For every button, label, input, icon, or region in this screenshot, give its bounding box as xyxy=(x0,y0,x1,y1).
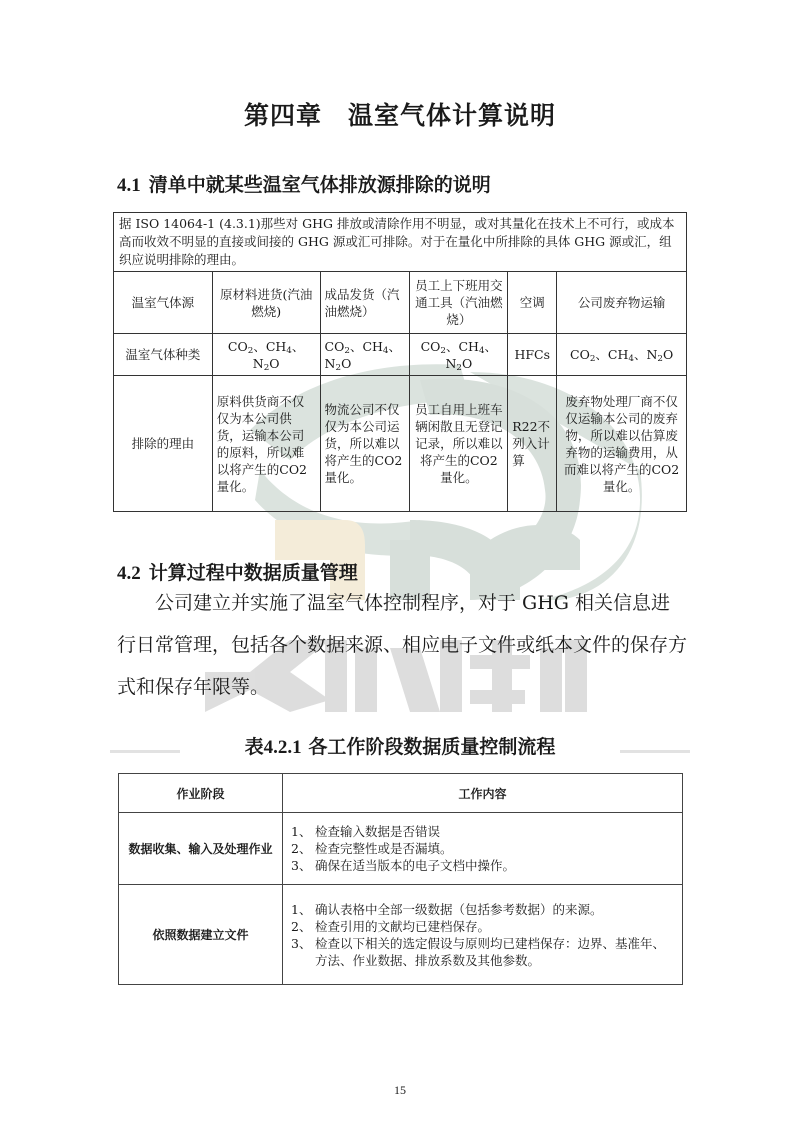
table-intro-row: 据 ISO 14064-1 (4.3.1)那些对 GHG 排放或清除作用不明显，… xyxy=(114,213,687,272)
chapter-title: 第四章 温室气体计算说明 xyxy=(0,96,800,132)
item-number: 3、 xyxy=(291,935,315,952)
list-item: 1、检查输入数据是否错误 xyxy=(291,823,674,840)
content-cell: 1、检查输入数据是否错误 2、检查完整性或是否漏填。 3、确保在适当版本的电子文… xyxy=(283,813,683,885)
table-row: 数据收集、输入及处理作业 1、检查输入数据是否错误 2、检查完整性或是否漏填。 … xyxy=(119,813,683,885)
section-title-text: 计算过程中数据质量管理 xyxy=(149,562,358,584)
column-header: 工作内容 xyxy=(283,774,683,813)
document-page: 第四章 温室气体计算说明 4.1清单中就某些温室气体排放源排除的说明 据 ISO… xyxy=(0,0,800,1132)
row-label: 温室气体源 xyxy=(114,272,213,334)
table-cell: 空调 xyxy=(508,272,557,334)
row-label: 温室气体种类 xyxy=(114,334,213,376)
list-item: 3、检查以下相关的选定假设与原则均已建档保存：边界、基准年、方法、作业数据、排放… xyxy=(291,935,674,969)
table-cell: 原料供货商不仅仅为本公司供货，运输本公司的原料，所以难以将产生的CO2量化。 xyxy=(212,376,320,512)
row-label: 排除的理由 xyxy=(114,376,213,512)
exclusion-table: 据 ISO 14064-1 (4.3.1)那些对 GHG 排放或清除作用不明显，… xyxy=(113,212,687,512)
table-caption: 表4.2.1 各工作阶段数据质量控制流程 xyxy=(0,732,800,759)
item-number: 1、 xyxy=(291,901,315,918)
section-heading-4-1: 4.1清单中就某些温室气体排放源排除的说明 xyxy=(117,170,491,197)
task-list: 1、确认表格中全部一级数据（包括参考数据）的来源。 2、检查引用的文献均已建档保… xyxy=(291,901,674,969)
table-caption-title: 各工作阶段数据质量控制流程 xyxy=(308,736,555,758)
item-text: 检查输入数据是否错误 xyxy=(315,824,440,839)
item-text: 确保在适当版本的电子文档中操作。 xyxy=(315,858,515,873)
column-header: 作业阶段 xyxy=(119,774,283,813)
content-cell: 1、确认表格中全部一级数据（包括参考数据）的来源。 2、检查引用的文献均已建档保… xyxy=(283,885,683,985)
table-cell: 员工自用上班车辆闲散且无登记记录，所以难以将产生的CO2量化。 xyxy=(410,376,508,512)
table-cell: 员工上下班用交通工具（汽油燃烧） xyxy=(410,272,508,334)
table-intro-text: 据 ISO 14064-1 (4.3.1)那些对 GHG 排放或清除作用不明显，… xyxy=(114,213,687,272)
item-number: 2、 xyxy=(291,840,315,857)
item-text: 检查以下相关的选定假设与原则均已建档保存：边界、基准年、方法、作业数据、排放系数… xyxy=(315,936,665,968)
list-item: 2、检查完整性或是否漏填。 xyxy=(291,840,674,857)
table-cell: 物流公司不仅仅为本公司运货，所以难以将产生的CO2量化。 xyxy=(320,376,410,512)
item-number: 2、 xyxy=(291,918,315,935)
table-row: 温室气体种类 CO2、CH4、N2O CO2、CH4、N2O CO2、CH4、N… xyxy=(114,334,687,376)
table-cell: 原材料进货(汽油燃烧) xyxy=(212,272,320,334)
table-cell: 成品发货（汽油燃烧） xyxy=(320,272,410,334)
page-content: 第四章 温室气体计算说明 4.1清单中就某些温室气体排放源排除的说明 据 ISO… xyxy=(0,0,800,1132)
task-list: 1、检查输入数据是否错误 2、检查完整性或是否漏填。 3、确保在适当版本的电子文… xyxy=(291,823,674,874)
table-row: 排除的理由 原料供货商不仅仅为本公司供货，运输本公司的原料，所以难以将产生的CO… xyxy=(114,376,687,512)
table-header-row: 作业阶段 工作内容 xyxy=(119,774,683,813)
item-number: 3、 xyxy=(291,857,315,874)
list-item: 2、检查引用的文献均已建档保存。 xyxy=(291,918,674,935)
list-item: 1、确认表格中全部一级数据（包括参考数据）的来源。 xyxy=(291,901,674,918)
table-cell: 公司废弃物运输 xyxy=(557,272,687,334)
table-cell: CO2、CH4、N2O xyxy=(410,334,508,376)
item-number: 1、 xyxy=(291,823,315,840)
table-cell: HFCs xyxy=(508,334,557,376)
table-row: 依照数据建立文件 1、确认表格中全部一级数据（包括参考数据）的来源。 2、检查引… xyxy=(119,885,683,985)
item-text: 检查引用的文献均已建档保存。 xyxy=(315,919,490,934)
table-caption-number: 表4.2.1 xyxy=(245,737,302,758)
item-text: 确认表格中全部一级数据（包括参考数据）的来源。 xyxy=(315,902,603,917)
list-item: 3、确保在适当版本的电子文档中操作。 xyxy=(291,857,674,874)
table-cell: 废弃物处理厂商不仅仅运输本公司的废弃物，所以难以估算废弃物的运输费用，从而难以将… xyxy=(557,376,687,512)
table-cell: CO2、CH4、N2O xyxy=(557,334,687,376)
section-title-text: 清单中就某些温室气体排放源排除的说明 xyxy=(149,174,491,196)
item-text: 检查完整性或是否漏填。 xyxy=(315,841,453,856)
section-heading-4-2: 4.2计算过程中数据质量管理 xyxy=(117,558,358,585)
stage-cell: 依照数据建立文件 xyxy=(119,885,283,985)
quality-control-table: 作业阶段 工作内容 数据收集、输入及处理作业 1、检查输入数据是否错误 2、检查… xyxy=(118,773,683,985)
table-cell: R22不列入计算 xyxy=(508,376,557,512)
body-paragraph: 公司建立并实施了温室气体控制程序，对于 GHG 相关信息进行日常管理，包括各个数… xyxy=(117,582,687,708)
table-row: 温室气体源 原材料进货(汽油燃烧) 成品发货（汽油燃烧） 员工上下班用交通工具（… xyxy=(114,272,687,334)
table-cell: CO2、CH4、N2O xyxy=(212,334,320,376)
table-cell: CO2、CH4、N2O xyxy=(320,334,410,376)
section-number: 4.2 xyxy=(117,563,141,584)
page-number: 15 xyxy=(0,1083,800,1098)
stage-cell: 数据收集、输入及处理作业 xyxy=(119,813,283,885)
section-number: 4.1 xyxy=(117,175,141,196)
